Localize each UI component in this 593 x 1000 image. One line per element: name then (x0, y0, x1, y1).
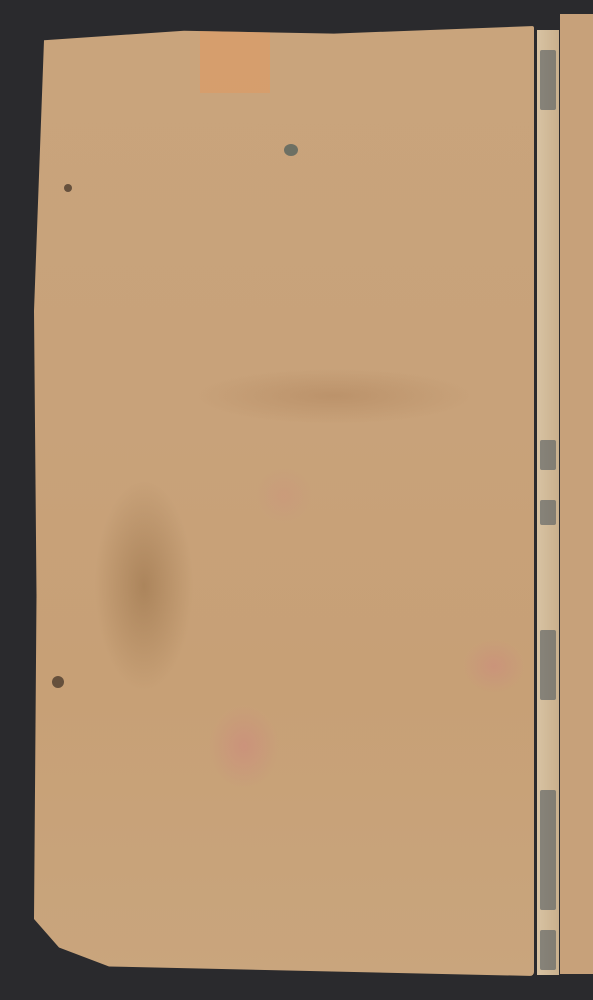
spine-ink-mark (540, 630, 556, 700)
ink-spot (64, 184, 72, 192)
spine-ink-mark (540, 440, 556, 470)
spine-ink-mark (540, 790, 556, 910)
spine-ink-mark (540, 930, 556, 970)
ink-spot (284, 144, 298, 156)
ink-spot (52, 676, 64, 688)
manuscript-page (34, 26, 534, 976)
spine-ink-mark (540, 50, 556, 110)
spine-ink-mark (540, 500, 556, 525)
orange-stamp-stain (200, 28, 270, 93)
book-spine (537, 30, 559, 975)
adjacent-page-edge (560, 14, 593, 974)
